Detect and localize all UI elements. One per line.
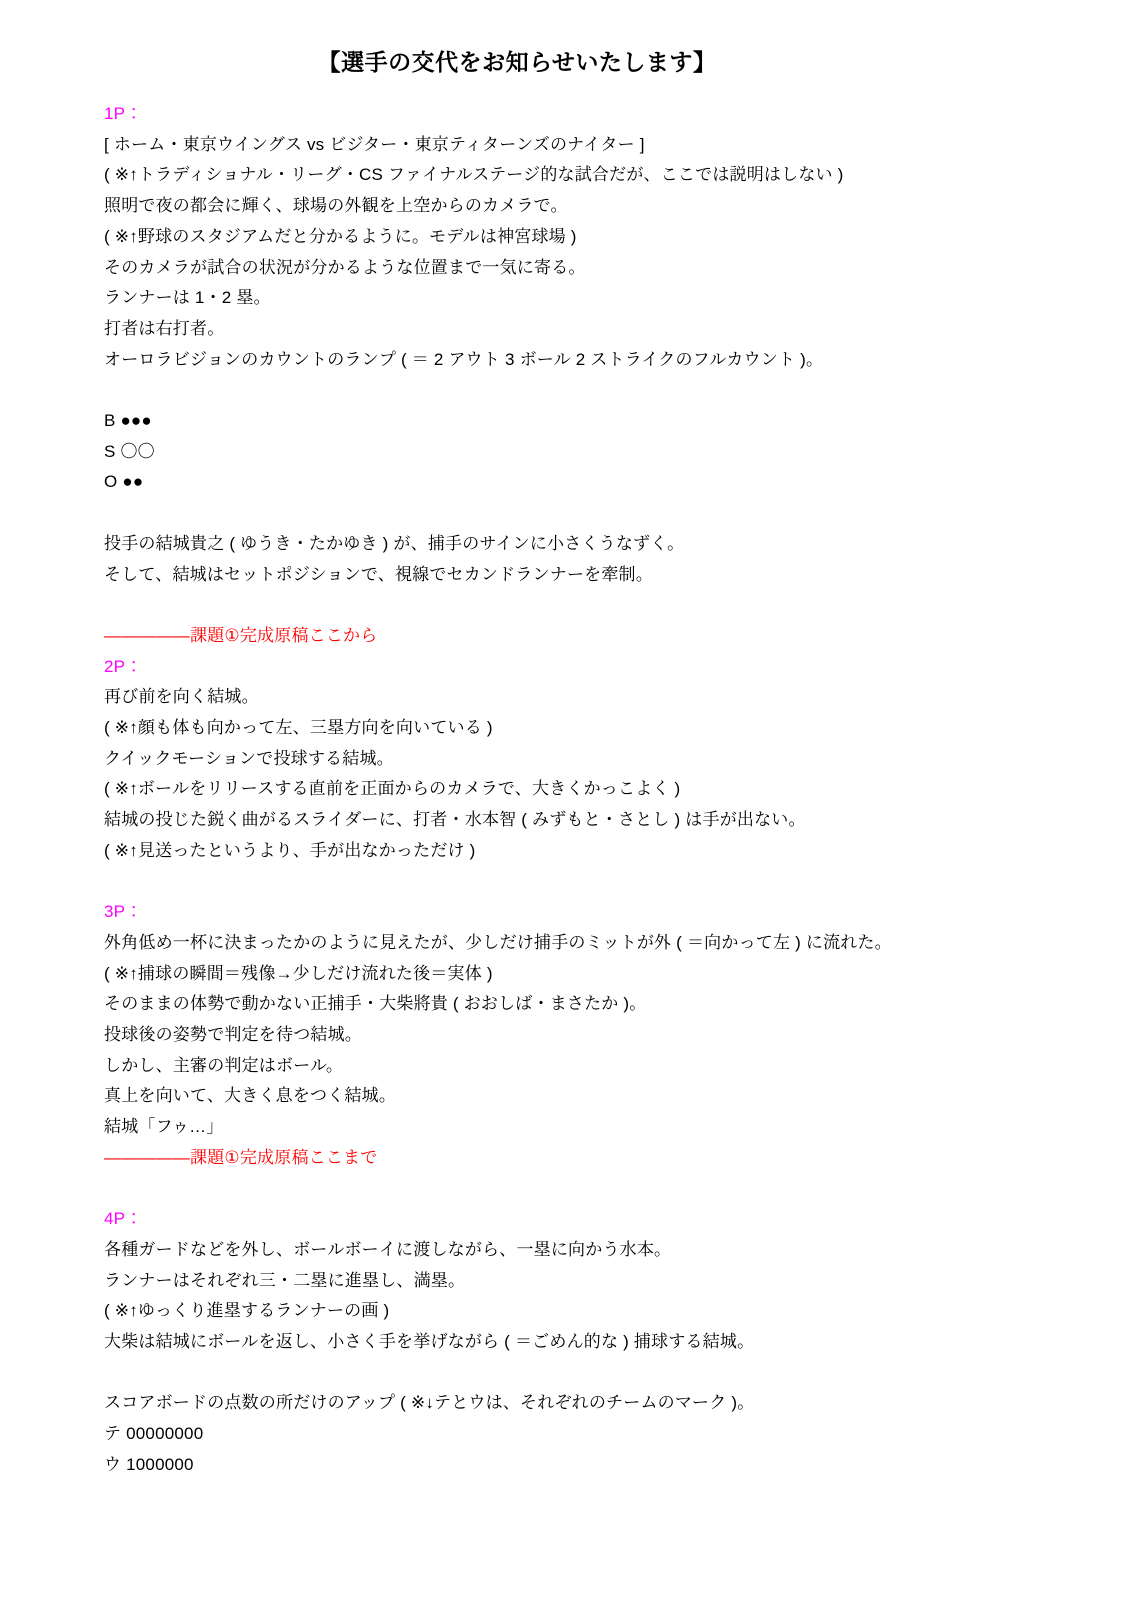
script-line: ( ※↑トラディショナル・リーグ・CS ファイナルステージ的な試合だが、ここでは… — [104, 160, 930, 191]
blank-line — [104, 1358, 930, 1389]
script-line: ( ※↑ゆっくり進塁するランナーの画 ) — [104, 1296, 930, 1327]
script-line: そして、結城はセットポジションで、視線でセカンドランナーを牽制。 — [104, 560, 930, 591]
blank-line — [104, 590, 930, 621]
script-line: 外角低め一杯に決まったかのように見えたが、少しだけ捕手のミットが外 ( ＝向かっ… — [104, 928, 930, 959]
script-line: テ 00000000 — [104, 1419, 930, 1450]
script-line: 再び前を向く結城。 — [104, 682, 930, 713]
script-line: 各種ガードなどを外し、ボールボーイに渡しながら、一塁に向かう水本。 — [104, 1235, 930, 1266]
script-line: そのままの体勢で動かない正捕手・大柴將貴 ( おおしば・まさたか )。 — [104, 989, 930, 1020]
script-line: オーロラビジョンのカウントのランプ ( ＝ 2 アウト 3 ボール 2 ストライ… — [104, 345, 930, 376]
script-line: 打者は右打者。 — [104, 314, 930, 345]
script-line: 真上を向いて、大きく息をつく結城。 — [104, 1081, 930, 1112]
script-line: クイックモーションで投球する結城。 — [104, 744, 930, 775]
script-line: しかし、主審の判定はボール。 — [104, 1051, 930, 1082]
document-title: 【選手の交代をお知らせいたします】 — [104, 45, 930, 79]
script-line: 結城「フゥ…」 — [104, 1112, 930, 1143]
script-body: 1P：[ ホーム・東京ウイングス vs ビジター・東京ティターンズのナイター ]… — [104, 99, 930, 1481]
script-line: ( ※↑顔も体も向かって左、三塁方向を向いている ) — [104, 713, 930, 744]
script-line: 投手の結城貴之 ( ゆうき・たかゆき ) が、捕手のサインに小さくうなずく。 — [104, 529, 930, 560]
script-line: スコアボードの点数の所だけのアップ ( ※↓テとウは、それぞれのチームのマーク … — [104, 1388, 930, 1419]
document-page: 【選手の交代をお知らせいたします】 1P：[ ホーム・東京ウイングス vs ビジ… — [0, 0, 1131, 1600]
page-label: 4P： — [104, 1204, 930, 1235]
page-label: 2P： — [104, 652, 930, 683]
script-line: ( ※↑見送ったというより、手が出なかっただけ ) — [104, 836, 930, 867]
blank-line — [104, 498, 930, 529]
script-line: 投球後の姿勢で判定を待つ結城。 — [104, 1020, 930, 1051]
revision-marker: ―――――課題①完成原稿ここまで — [104, 1143, 930, 1174]
script-line: 大柴は結城にボールを返し、小さく手を挙げながら ( ＝ごめん的な ) 捕球する結… — [104, 1327, 930, 1358]
blank-line — [104, 1174, 930, 1205]
script-line: [ ホーム・東京ウイングス vs ビジター・東京ティターンズのナイター ] — [104, 130, 930, 161]
script-line: ウ 1000000 — [104, 1450, 930, 1481]
script-line: そのカメラが試合の状況が分かるような位置まで一気に寄る。 — [104, 253, 930, 284]
script-line: ( ※↑捕球の瞬間＝残像→少しだけ流れた後＝実体 ) — [104, 959, 930, 990]
page-label: 1P： — [104, 99, 930, 130]
script-line: O ●● — [104, 467, 930, 498]
script-line: ランナーは 1・2 塁。 — [104, 283, 930, 314]
blank-line — [104, 375, 930, 406]
script-line: B ●●● — [104, 406, 930, 437]
blank-line — [104, 867, 930, 898]
script-line: ( ※↑ボールをリリースする直前を正面からのカメラで、大きくかっこよく ) — [104, 774, 930, 805]
revision-marker: ―――――課題①完成原稿ここから — [104, 621, 930, 652]
script-line: ランナーはそれぞれ三・二塁に進塁し、満塁。 — [104, 1266, 930, 1297]
script-line: ( ※↑野球のスタジアムだと分かるように。モデルは神宮球場 ) — [104, 222, 930, 253]
script-line: 照明で夜の都会に輝く、球場の外観を上空からのカメラで。 — [104, 191, 930, 222]
script-line: S 〇〇 — [104, 437, 930, 468]
page-label: 3P： — [104, 897, 930, 928]
script-line: 結城の投じた鋭く曲がるスライダーに、打者・水本智 ( みずもと・さとし ) は手… — [104, 805, 930, 836]
